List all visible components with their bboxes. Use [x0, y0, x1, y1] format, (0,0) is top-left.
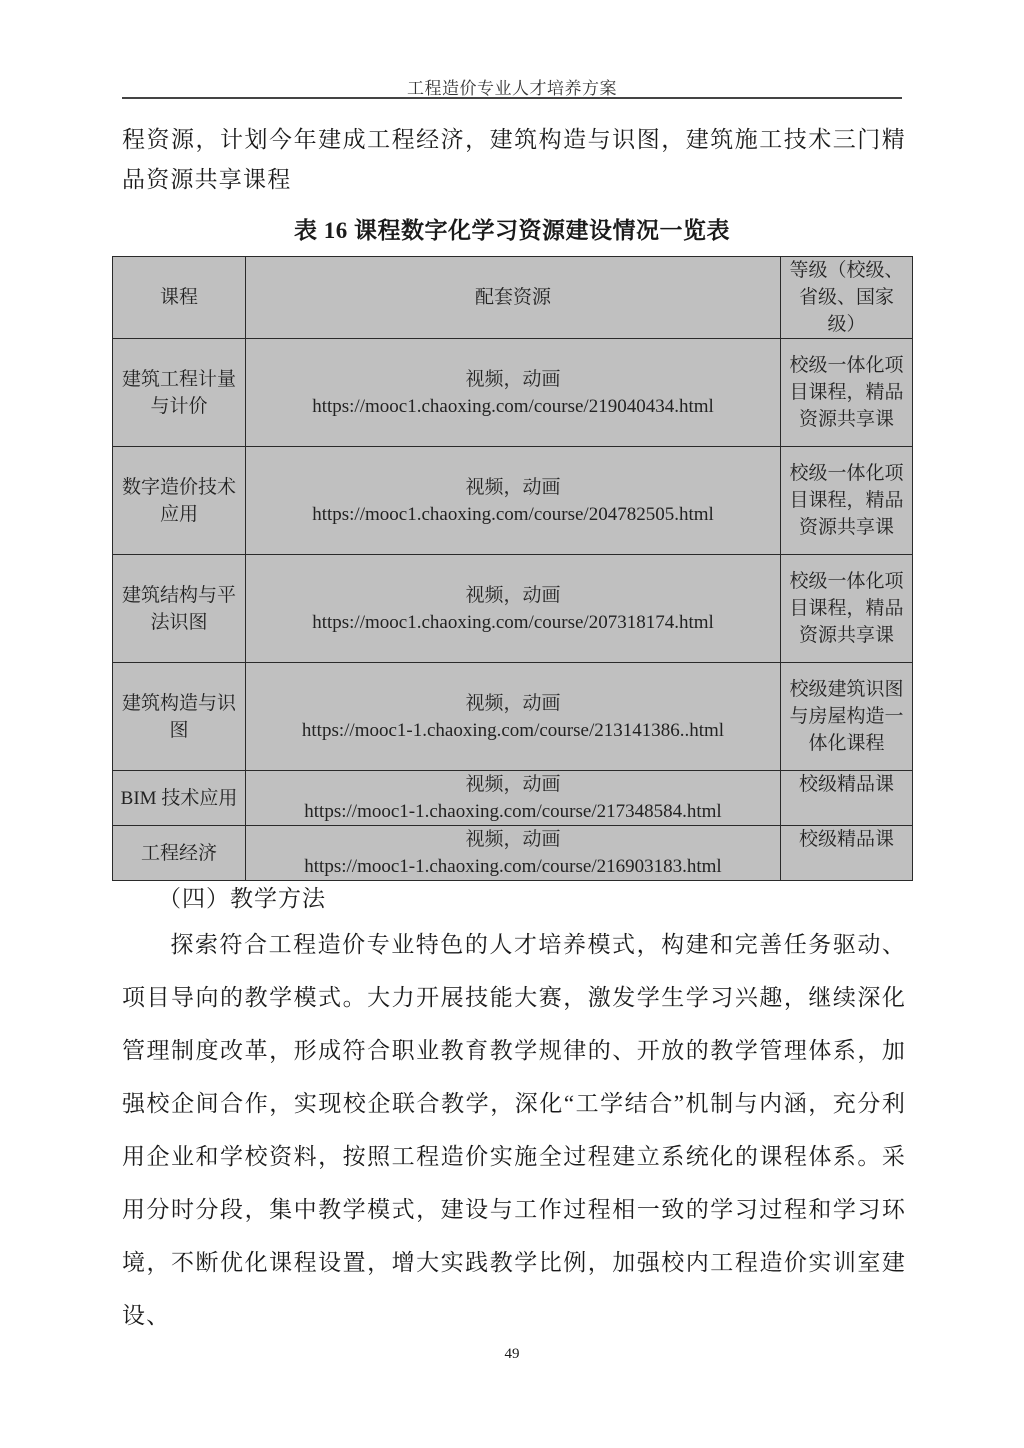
resource-cell: 视频，动画https://mooc1.chaoxing.com/course/2…: [246, 447, 781, 555]
resource-cell: 视频，动画https://mooc1.chaoxing.com/course/2…: [246, 339, 781, 447]
table-row: BIM 技术应用 视频，动画https://mooc1-1.chaoxing.c…: [113, 771, 913, 826]
resource-cell: 视频，动画https://mooc1.chaoxing.com/course/2…: [246, 555, 781, 663]
resource-cell: 视频，动画https://mooc1-1.chaoxing.com/course…: [246, 663, 781, 771]
page-number: 49: [0, 1346, 1024, 1363]
resource-cell: 视频，动画https://mooc1-1.chaoxing.com/course…: [246, 771, 781, 826]
table-header-row: 课程 配套资源 等级（校级、省级、国家级）: [113, 257, 913, 339]
table-row: 建筑构造与识图 视频，动画https://mooc1-1.chaoxing.co…: [113, 663, 913, 771]
table-row: 建筑工程计量与计价 视频，动画https://mooc1.chaoxing.co…: [113, 339, 913, 447]
table-row: 数字造价技术应用 视频，动画https://mooc1.chaoxing.com…: [113, 447, 913, 555]
resource-type: 视频，动画: [250, 690, 776, 717]
section-body: 探索符合工程造价专业特色的人才培养模式，构建和完善任务驱动、项目导向的教学模式。…: [122, 918, 906, 1342]
intro-paragraph: 程资源，计划今年建成工程经济，建筑构造与识图，建筑施工技术三门精品资源共享课程: [122, 120, 906, 200]
course-cell: BIM 技术应用: [113, 771, 246, 826]
level-cell: 校级精品课: [781, 826, 913, 881]
resource-type: 视频，动画: [250, 366, 776, 393]
header-resource: 配套资源: [246, 257, 781, 339]
resources-table: 课程 配套资源 等级（校级、省级、国家级） 建筑工程计量与计价 视频，动画htt…: [112, 256, 913, 881]
course-link[interactable]: https://mooc1-1.chaoxing.com/course/2169…: [250, 853, 776, 880]
course-link[interactable]: https://mooc1-1.chaoxing.com/course/2173…: [250, 798, 776, 825]
course-link[interactable]: https://mooc1.chaoxing.com/course/207318…: [250, 609, 776, 636]
course-link[interactable]: https://mooc1.chaoxing.com/course/219040…: [250, 393, 776, 420]
course-cell: 数字造价技术应用: [113, 447, 246, 555]
resource-type: 视频，动画: [250, 474, 776, 501]
resource-type: 视频，动画: [250, 582, 776, 609]
course-link[interactable]: https://mooc1.chaoxing.com/course/204782…: [250, 501, 776, 528]
level-cell: 校级一体化项目课程，精品资源共享课: [781, 447, 913, 555]
level-cell: 校级建筑识图与房屋构造一体化课程: [781, 663, 913, 771]
level-cell: 校级精品课: [781, 771, 913, 826]
table-row: 建筑结构与平法识图 视频，动画https://mooc1.chaoxing.co…: [113, 555, 913, 663]
section-heading: （四）教学方法: [158, 880, 326, 913]
header-divider: [122, 97, 902, 99]
header-course: 课程: [113, 257, 246, 339]
resource-type: 视频，动画: [250, 826, 776, 853]
section-body-text: 探索符合工程造价专业特色的人才培养模式，构建和完善任务驱动、项目导向的教学模式。…: [122, 932, 906, 1328]
header-level: 等级（校级、省级、国家级）: [781, 257, 913, 339]
table-row: 工程经济 视频，动画https://mooc1-1.chaoxing.com/c…: [113, 826, 913, 881]
resource-type: 视频，动画: [250, 771, 776, 798]
level-cell: 校级一体化项目课程，精品资源共享课: [781, 339, 913, 447]
table-caption: 表 16 课程数字化学习资源建设情况一览表: [112, 212, 912, 245]
course-cell: 建筑构造与识图: [113, 663, 246, 771]
course-link[interactable]: https://mooc1-1.chaoxing.com/course/2131…: [250, 717, 776, 744]
resource-cell: 视频，动画https://mooc1-1.chaoxing.com/course…: [246, 826, 781, 881]
course-cell: 工程经济: [113, 826, 246, 881]
running-header: 工程造价专业人才培养方案: [122, 74, 902, 99]
level-cell: 校级一体化项目课程，精品资源共享课: [781, 555, 913, 663]
course-cell: 建筑工程计量与计价: [113, 339, 246, 447]
course-cell: 建筑结构与平法识图: [113, 555, 246, 663]
